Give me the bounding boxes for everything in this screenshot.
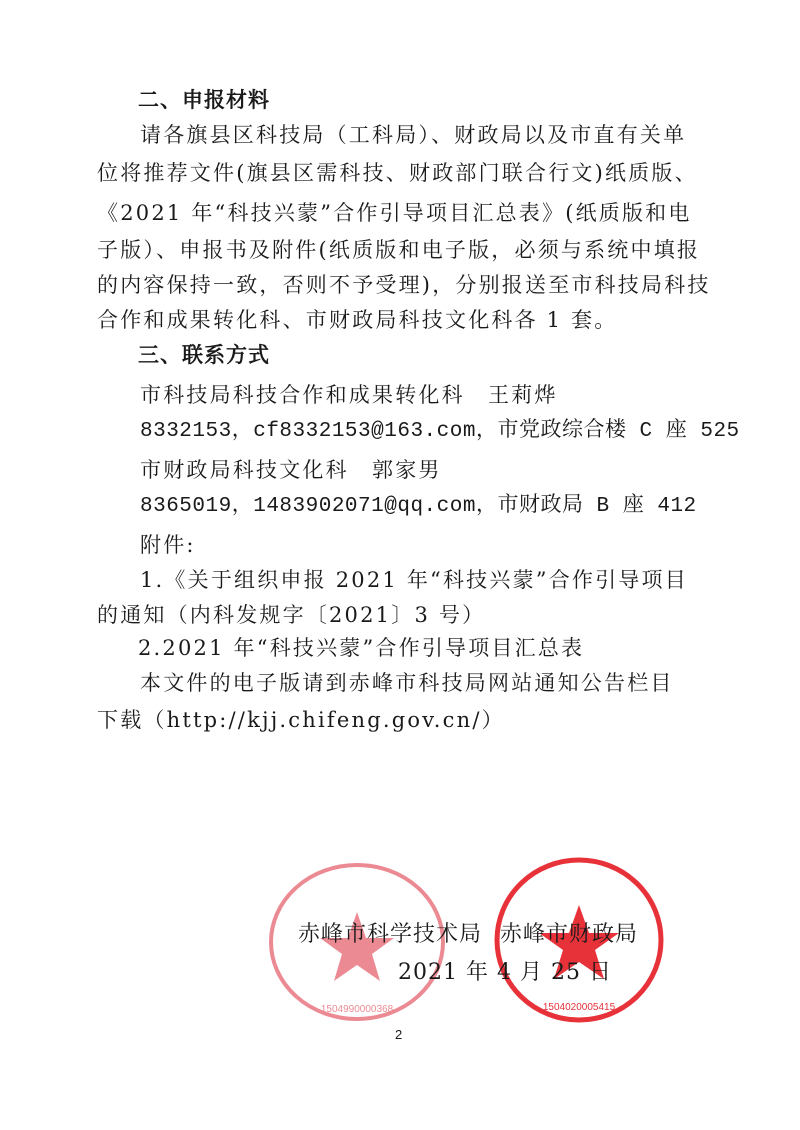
attachment-item-2: 2.2021 年“科技兴蒙”合作引导项目汇总表	[138, 635, 584, 661]
paragraph-line: 《2021 年“科技兴蒙”合作引导项目汇总表》(纸质版和电	[97, 200, 692, 226]
paragraph-line: 的内容保持一致，否则不予受理)，分别报送至市科技局科技	[97, 272, 711, 298]
download-note-url: 下载（http://kjj.chifeng.gov.cn/）	[97, 707, 505, 733]
paragraph-line: 位将推荐文件(旗县区需科技、财政部门联合行文)纸质版、	[97, 160, 698, 186]
svg-text:1504990000368: 1504990000368	[321, 1004, 394, 1015]
page-number: 2	[395, 1027, 402, 1042]
section-heading-contact: 三、联系方式	[138, 342, 270, 368]
paragraph-line: 子版）、申报书及附件(纸质版和电子版，必须与系统中填报	[97, 237, 700, 263]
signature-org-science: 赤峰市科学技术局	[298, 922, 482, 948]
signature-org-finance: 赤峰市财政局	[500, 922, 638, 948]
section-heading-materials: 二、申报材料	[138, 87, 270, 113]
attachment-item-1: 1.《关于组织申报 2021 年“科技兴蒙”合作引导项目	[140, 567, 688, 593]
signature-date: 2021 年 4 月 25 日	[398, 960, 612, 986]
svg-text:1504020005415: 1504020005415	[543, 1002, 616, 1013]
attachment-item-1-cont: 的通知（内科发规字〔2021〕3 号）	[97, 602, 485, 628]
paragraph-line: 合作和成果转化科、市财政局科技文化科各 1 套。	[97, 307, 618, 333]
attachments-label: 附件:	[140, 532, 196, 558]
contact1-detail: 8332153，cf8332153@163.com，市党政综合楼 C 座 525	[140, 419, 740, 445]
contact1-dept: 市科技局科技合作和成果转化科 王莉烨	[140, 382, 558, 408]
paragraph-line: 请各旗县区科技局（工科局）、财政局以及市直有关单	[140, 122, 686, 148]
contact2-dept: 市财政局科技文化科 郭家男	[140, 457, 442, 483]
contact2-detail: 8365019，1483902071@qq.com，市财政局 B 座 412	[140, 494, 697, 520]
download-note: 本文件的电子版请到赤峰市科技局网站通知公告栏目	[140, 670, 674, 696]
